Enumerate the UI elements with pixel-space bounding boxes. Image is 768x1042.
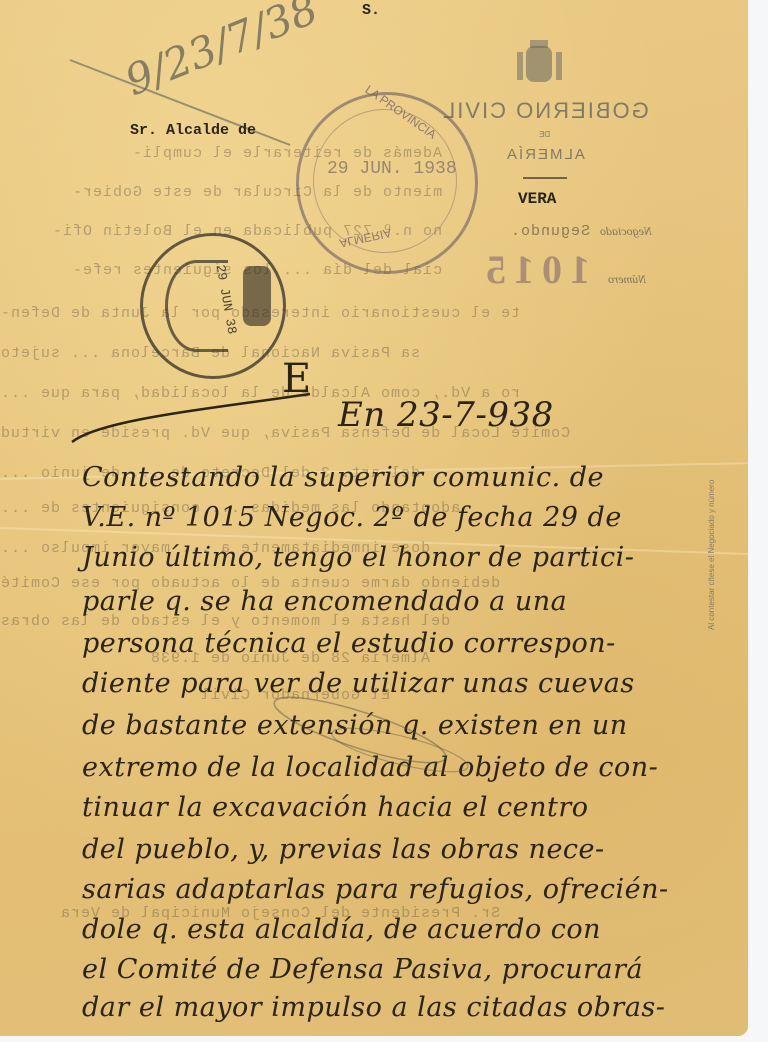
letterhead-title: GOBIERNO CIVIL	[441, 98, 649, 124]
town-name: VERA	[518, 190, 556, 208]
provincia-stamp: LA PROVINCIA 29 JUN. 1938 ALMERIA	[296, 92, 478, 274]
scanned-letter: S. 9/23/7/38 GOBIERNO CIVIL DE ALMERÍA V…	[0, 0, 748, 1036]
letterhead-rule	[523, 177, 567, 179]
letterhead-province: ALMERÍA	[505, 146, 585, 163]
stamp-date: 29 JUN. 1938	[327, 159, 457, 179]
addressee-line: Sr. Alcalde de	[130, 122, 256, 139]
side-print: Al contestar cítese el Negociado y númer…	[707, 370, 716, 630]
pencil-loop	[240, 690, 520, 790]
numero-value: 1015	[478, 246, 590, 293]
header-mark: S.	[362, 2, 380, 19]
handwritten-date: En 23-7-938	[338, 395, 554, 435]
flourish-stroke	[60, 390, 320, 450]
negociado-label: Negociado	[600, 224, 652, 239]
negociado-value: Segundo.	[510, 223, 590, 240]
numero-label: Número	[608, 272, 646, 287]
coat-of-arms-icon	[512, 38, 568, 88]
numero-field: 1015 Número	[478, 246, 646, 293]
letterhead-de: DE	[539, 130, 550, 139]
postal-stamp: 29 JUN 38	[140, 233, 286, 379]
negociado-field: Segundo. Negociado	[510, 222, 652, 240]
